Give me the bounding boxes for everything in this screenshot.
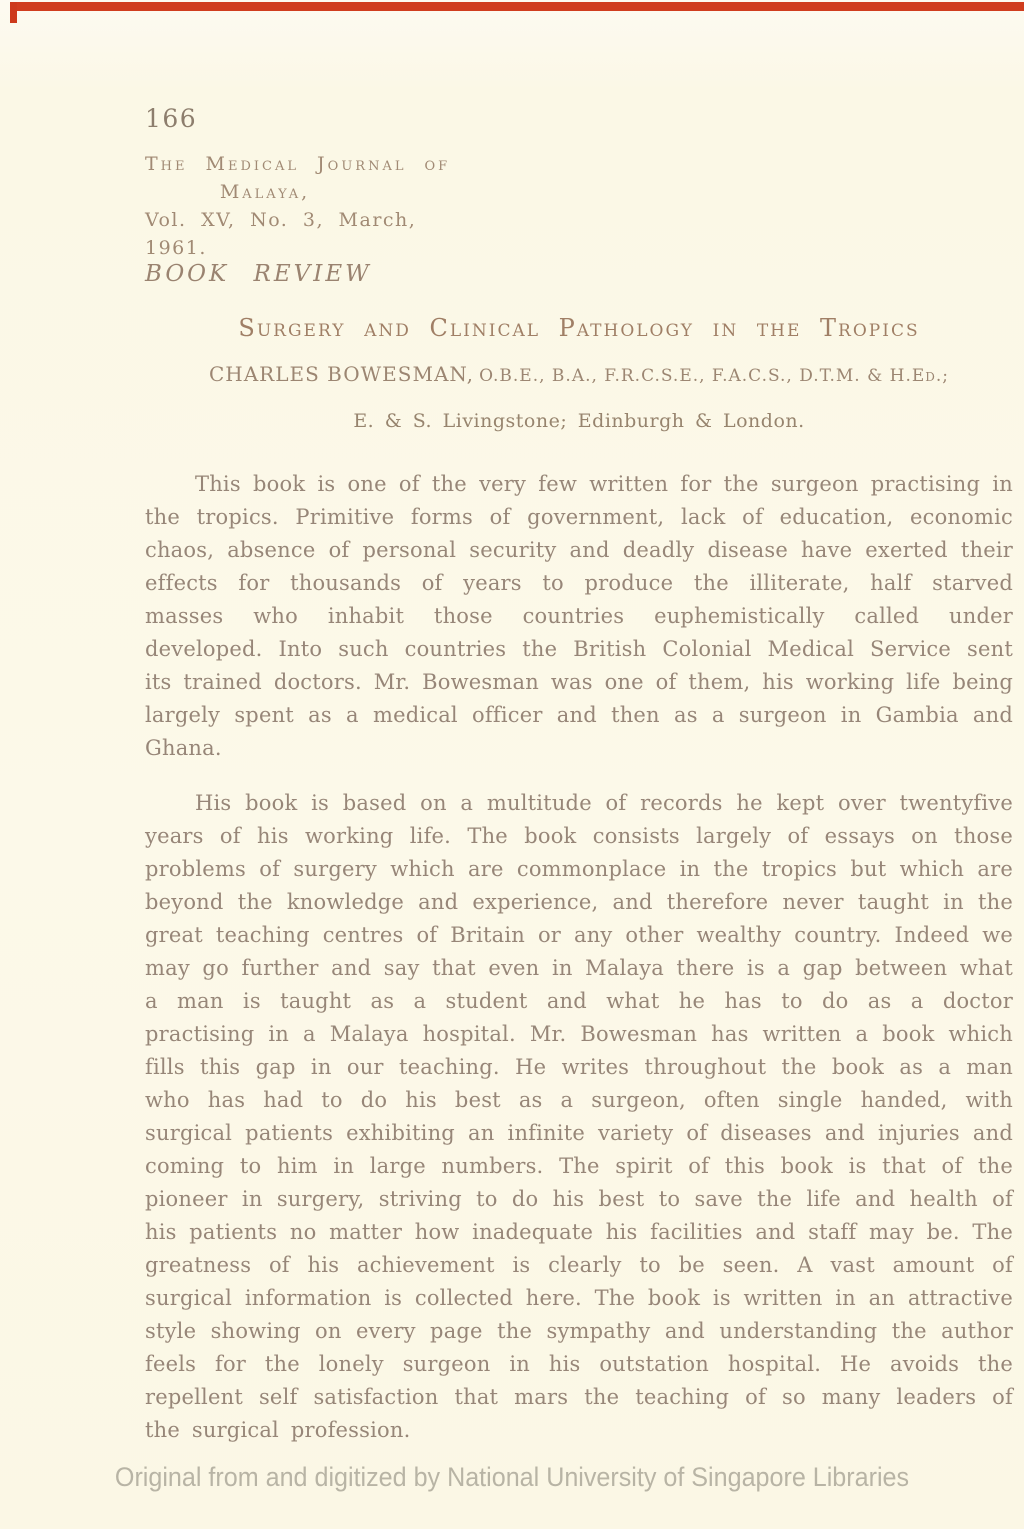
author-name: CHARLES BOWESMAN, [209,362,474,386]
journal-volume-line: Vol. XV, No. 3, March, 1961. [145,206,455,262]
scan-edge-artifact-bar [10,2,1024,11]
scan-edge-artifact-tick [10,2,17,23]
scanned-page: 166 The Medical Journal of Malaya, Vol. … [0,0,1024,1529]
book-review-heading: BOOK REVIEW [145,261,372,287]
journal-masthead: The Medical Journal of Malaya, Vol. XV, … [145,150,455,262]
author-line: CHARLES BOWESMAN, O.B.E., B.A., F.R.C.S.… [145,362,1013,386]
review-paragraph-1: This book is one of the very few written… [145,468,1013,765]
review-body: This book is one of the very few written… [145,468,1013,1469]
page-number: 166 [145,104,197,133]
review-paragraph-2: His book is based on a multitude of reco… [145,787,1013,1447]
review-title: Surgery and Clinical Pathology in the Tr… [145,314,1013,342]
journal-place-line: Malaya, [145,178,385,206]
author-credentials: O.B.E., B.A., F.R.C.S.E., F.A.C.S., D.T.… [479,366,949,386]
digitization-footer: Original from and digitized by National … [36,1462,988,1493]
journal-title-line: The Medical Journal of [145,150,455,178]
publisher-line: E. & S. Livingstone; Edinburgh & London. [145,410,1013,432]
